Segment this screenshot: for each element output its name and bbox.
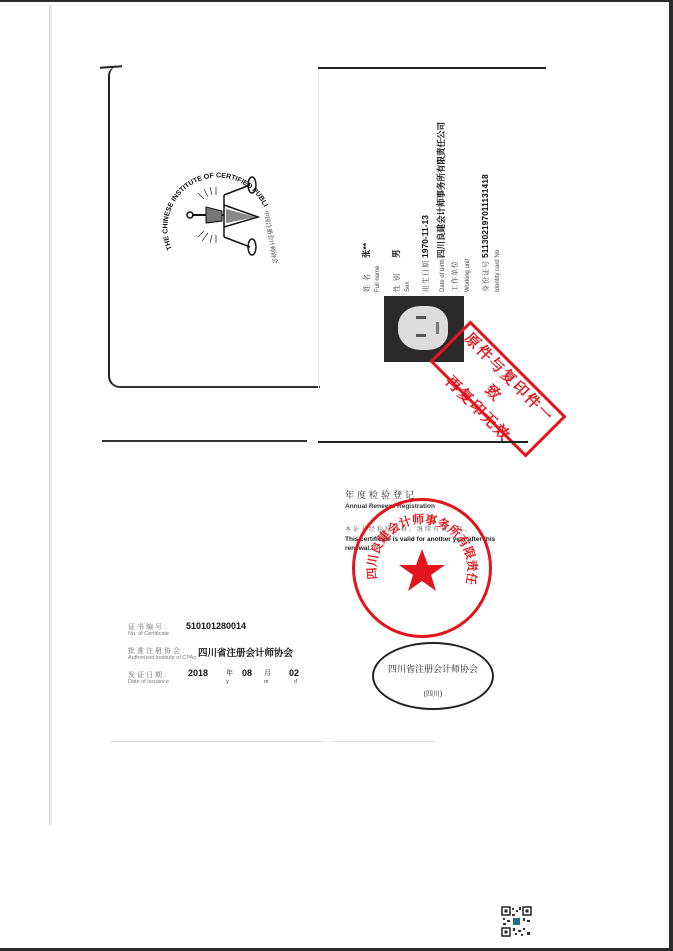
certificate-number-row: 证书编号: No. of Certificate 510101280014	[128, 620, 338, 644]
svg-text:(四川): (四川)	[424, 689, 443, 698]
viewer-frame-top	[0, 0, 673, 2]
svg-text:THE CHINESE INSTITUTE OF CERTI: THE CHINESE INSTITUTE OF CERTIFIED PUBLI…	[152, 155, 269, 251]
holder-info-block: 姓 名 张** Full name 性 别 男 Sex 出生日期 1970-11…	[360, 112, 520, 292]
certificate-details: 证书编号: No. of Certificate 510101280014 批准…	[128, 620, 338, 692]
field-name: 姓 名 张**	[360, 0, 375, 292]
qr-code-icon[interactable]	[501, 906, 532, 937]
field-dob: 出生日期 1970-11-13	[420, 0, 435, 292]
page-divider-right	[318, 441, 528, 443]
field-sex: 性 别 男	[390, 0, 405, 292]
field-id-number: 身份证号 511302197011131418	[480, 0, 495, 292]
info-panel-fold	[318, 70, 319, 390]
issuing-authority: 四川省注册会计师协会	[198, 645, 293, 659]
scanned-document-page: THE CHINESE INSTITUTE OF CERTIFIED PUBLI…	[0, 0, 673, 951]
page-divider-left	[102, 440, 307, 442]
seal-text-cn: 中国注册会计师协会	[262, 210, 279, 265]
institute-oval-stamp: 四川省注册会计师协会 (四川)	[372, 642, 494, 710]
certificate-number: 510101280014	[186, 621, 246, 631]
seal-text-outer: THE CHINESE INSTITUTE OF CERTIFIED PUBLI…	[152, 155, 269, 251]
page-bottom-edge-left	[110, 741, 325, 742]
viewer-scrollbar[interactable]	[669, 0, 673, 951]
copy-verification-stamp: 原件与复印件一致 再复印无效	[429, 320, 566, 457]
page-bottom-edge-right	[330, 741, 435, 742]
field-working-unit: Date of birth 四川良建会计师事务所有限责任公司	[435, 0, 450, 292]
scan-edge-shadow	[49, 5, 52, 825]
svg-text:四川省注册会计师协会: 四川省注册会计师协会	[388, 663, 478, 674]
firm-official-seal: 四川良建会计师事务所有限责任公司	[352, 498, 492, 638]
issue-date-row: 发证日期: Date of issuance 2018 年 08 月 02 y …	[128, 668, 338, 692]
authority-row: 批准注册协会: Authorized institute of CPAs 四川省…	[128, 644, 338, 668]
star-icon	[399, 549, 445, 591]
cicpa-seal-logo: THE CHINESE INSTITUTE OF CERTIFIED PUBLI…	[152, 155, 280, 283]
